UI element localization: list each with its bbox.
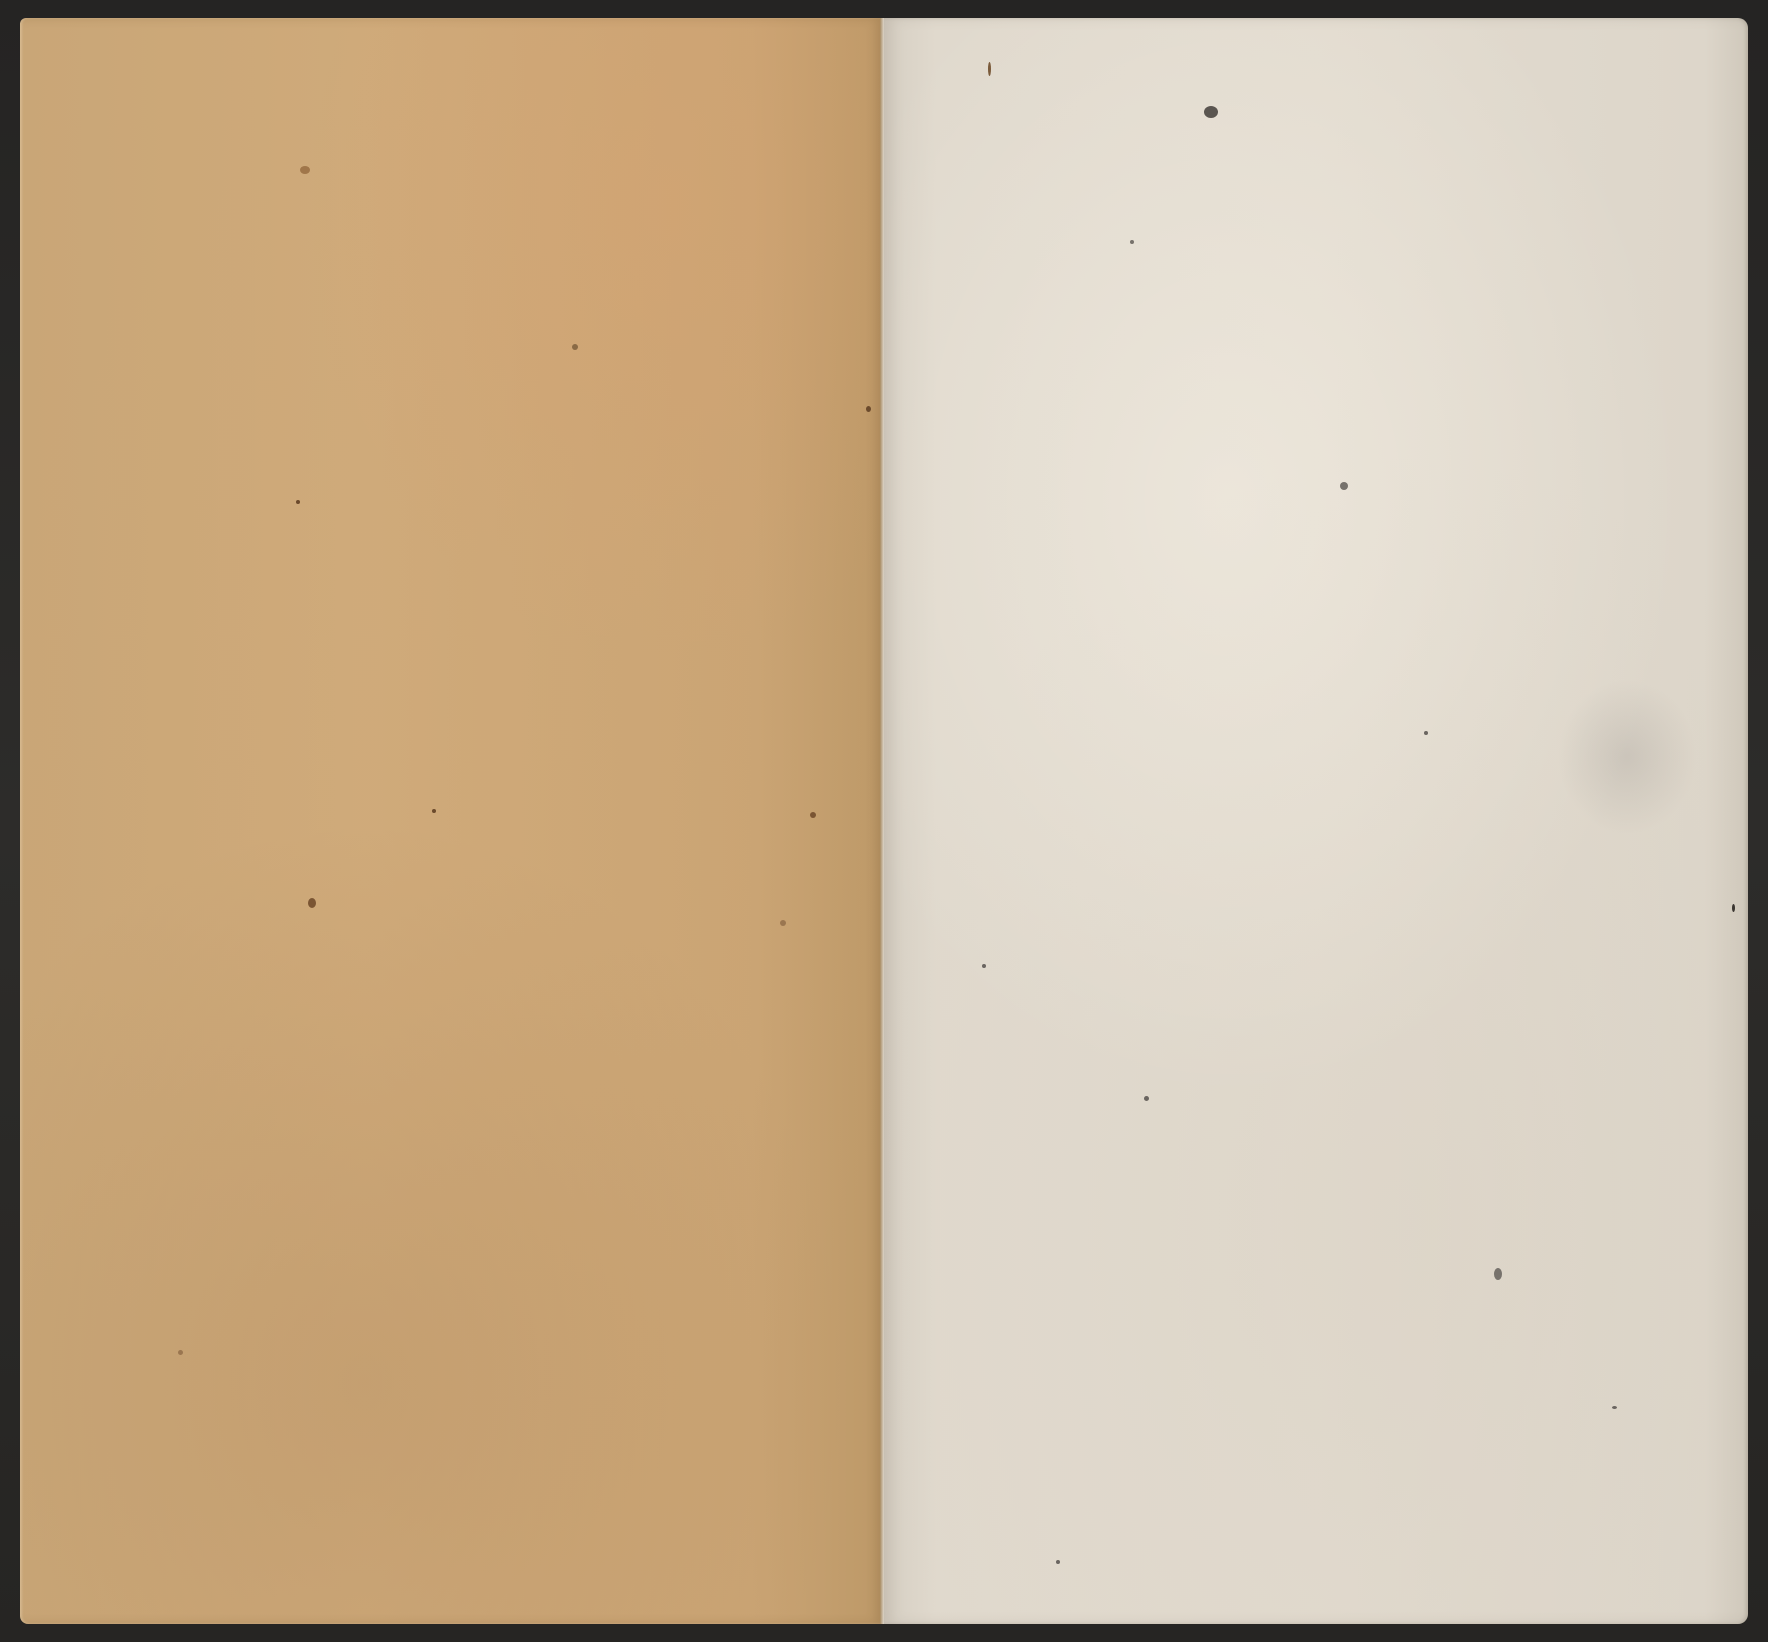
paper-speck [982,964,986,968]
paper-speck [1340,482,1348,490]
left-page [20,18,882,1624]
paper-speck [178,1350,183,1355]
paper-speck [1056,1560,1060,1564]
paper-speck [572,344,578,350]
paper-speck [1494,1268,1502,1280]
paper-speck [810,812,816,818]
paper-speck [300,166,310,174]
paper-speck [780,920,786,926]
paper-speck [1204,106,1218,118]
paper-speck [1612,1406,1617,1409]
paper-speck [1144,1096,1149,1101]
paper-speck [988,62,991,76]
paper-speck [1130,240,1134,244]
paper-speck [866,406,871,412]
book-spread [0,0,1768,1642]
right-page [884,18,1748,1624]
paper-speck [308,898,316,908]
paper-speck [1732,904,1735,912]
paper-speck [1424,731,1428,735]
paper-speck [296,500,300,504]
paper-speck [432,809,436,813]
